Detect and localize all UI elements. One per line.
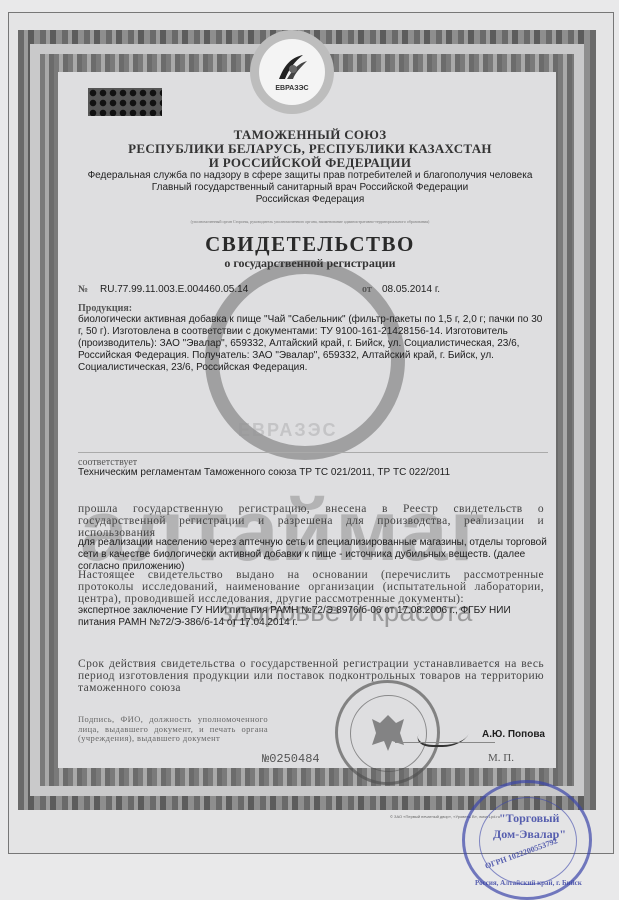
registry-statement: прошла государственную регистрацию, внес…: [78, 503, 544, 539]
header-line-3: И РОССИЙСКОЙ ФЕДЕРАЦИИ: [60, 155, 560, 171]
coat-of-arms-icon: [368, 711, 408, 755]
evrazes-logo: ЕВРАЗЭС: [250, 30, 334, 114]
basis-statement: Настоящее свидетельство выдано на основа…: [78, 569, 544, 605]
registration-date-label: от: [362, 284, 372, 295]
validity-statement: Срок действия свидетельства о государств…: [78, 658, 544, 694]
basis-documents: экспертное заключение ГУ НИИ питания РАМ…: [78, 605, 548, 629]
signatory-name: А.Ю. Попова: [482, 729, 545, 741]
logo-label: ЕВРАЗЭС: [275, 85, 308, 92]
conformity-text: Техническим регламентам Таможенного союз…: [78, 467, 450, 479]
signature-line: [395, 742, 495, 743]
seal-place-label: М. П.: [488, 752, 514, 764]
registration-number-label: №: [78, 284, 88, 295]
product-label: Продукция:: [78, 303, 132, 314]
agency-official: Главный государственный санитарный врач …: [60, 182, 560, 193]
registration-number: RU.77.99.11.003.Е.004460.05.14: [100, 284, 248, 296]
registration-date: 08.05.2014 г.: [382, 284, 440, 296]
document-title: СВИДЕТЕЛЬСТВО: [60, 232, 560, 257]
eurasian-emblem-icon: [275, 53, 309, 83]
stamp-line-1: "Торговый: [499, 811, 559, 826]
form-number: №0250484: [262, 752, 320, 766]
signature-caption: Подпись, ФИО, должность уполномоченного …: [78, 715, 268, 744]
redacted-barcode: [88, 88, 162, 116]
evrazes-watermark-text: ЕВРАЗЭС: [238, 420, 338, 441]
stamp-ring-text: Россия, Алтайский край, г. Бийск: [475, 879, 582, 887]
usage-text: для реализации населению через аптечную …: [78, 537, 548, 573]
header-caption: (уполномоченный орган Стороны, руководит…: [90, 219, 530, 224]
divider: [78, 452, 548, 453]
country-name: Российская Федерация: [60, 194, 560, 205]
agency-name: Федеральная служба по надзору в сфере за…: [60, 170, 560, 181]
product-description: биологически активная добавка к пище "Ча…: [78, 314, 548, 374]
document-subtitle: о государственной регистрации: [60, 256, 560, 271]
company-stamp: "Торговый Дом-Эвалар" ОГРН 1022200553792…: [462, 780, 592, 900]
